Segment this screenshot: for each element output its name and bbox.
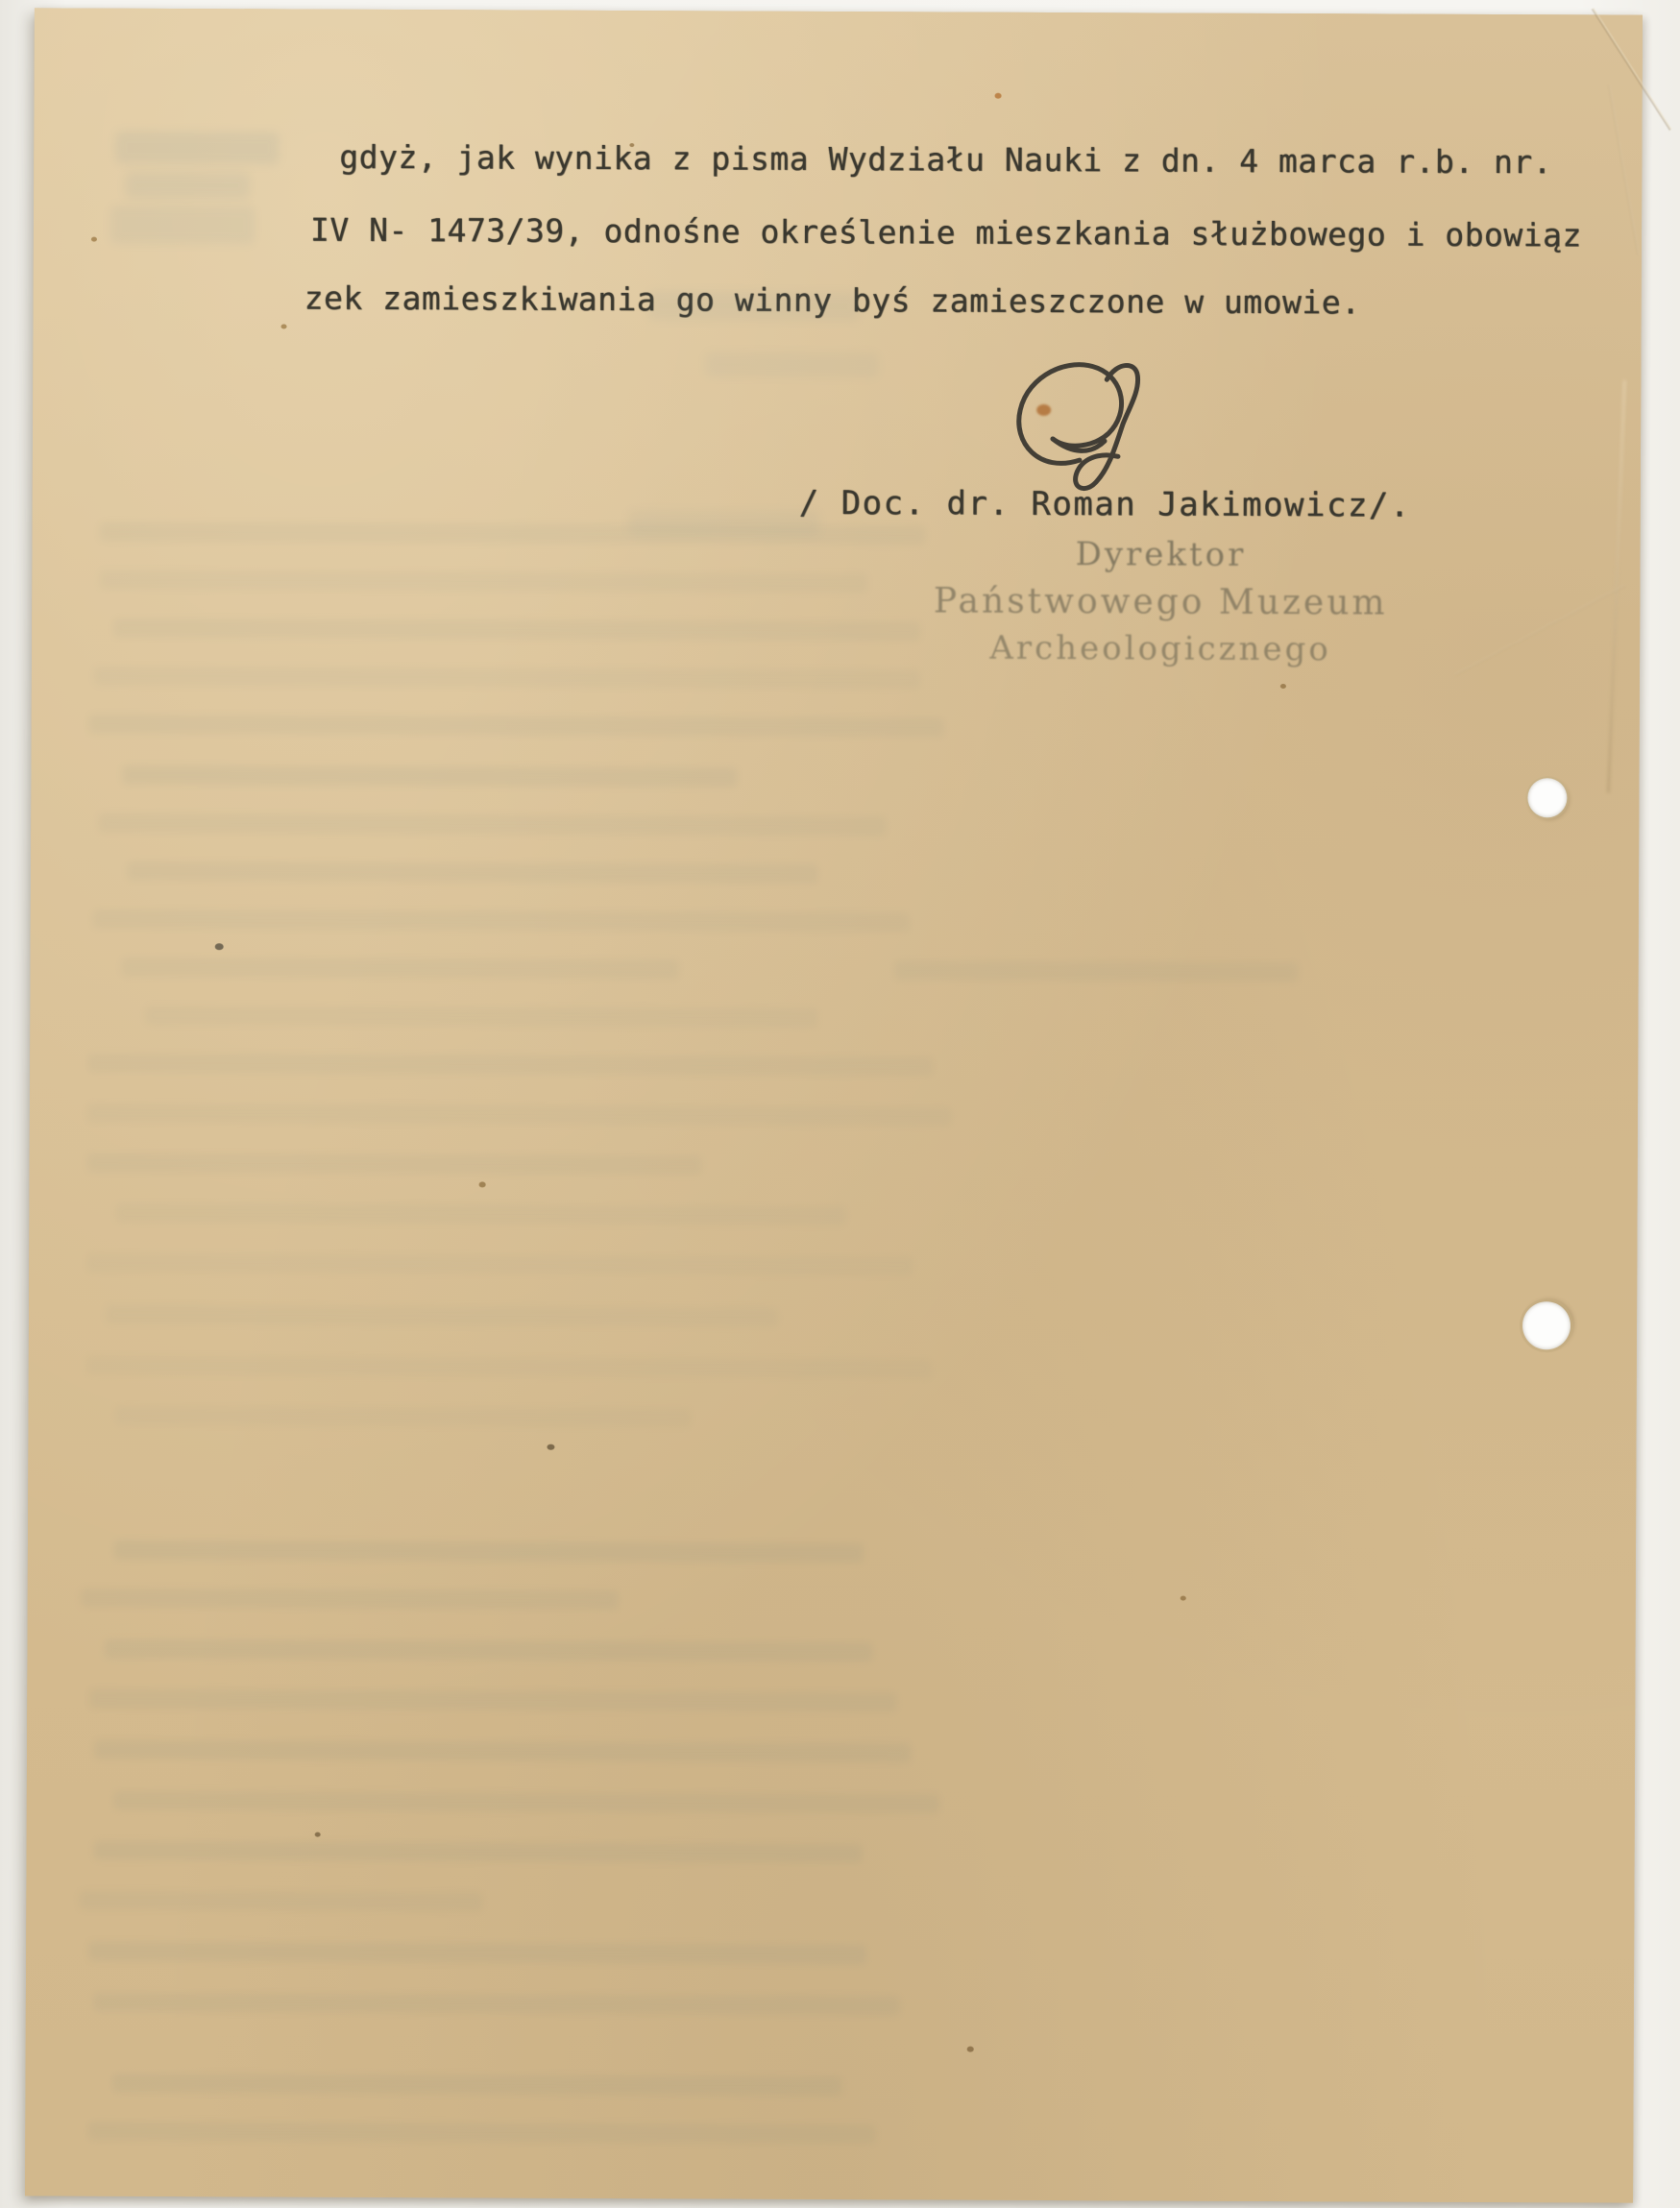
bleed-through-line bbox=[86, 1253, 913, 1276]
paper-speck bbox=[281, 324, 287, 328]
bleed-through-line bbox=[93, 1993, 900, 2016]
bleed-through-line bbox=[88, 1942, 866, 1965]
paper-speck bbox=[215, 943, 224, 950]
stamp-line-institution-2: Archeologicznego bbox=[911, 624, 1410, 673]
bleed-through-line bbox=[79, 1891, 482, 1912]
hole-punch-bottom bbox=[1522, 1301, 1570, 1349]
bleed-through-line bbox=[81, 1589, 619, 1610]
bleed-through-blob bbox=[705, 352, 878, 377]
signature-handwriting-icon bbox=[993, 347, 1177, 501]
paper-sheet: gdyż, jak wynika z pisma Wydziału Nauki … bbox=[25, 8, 1643, 2202]
bleed-through-blob bbox=[648, 291, 860, 321]
bleed-through-line bbox=[87, 1104, 952, 1127]
bleed-through-line bbox=[94, 1740, 911, 1763]
bleed-through-line bbox=[106, 1305, 778, 1327]
bleed-through-line bbox=[94, 667, 920, 690]
corner-fold-crease bbox=[1592, 8, 1672, 131]
bleed-through-blob bbox=[125, 172, 250, 200]
paper-speck-layer bbox=[35, 8, 1643, 14]
paper-speck bbox=[547, 1444, 554, 1450]
bleed-through-line bbox=[89, 1689, 896, 1712]
paper-speck bbox=[995, 93, 1002, 99]
bleed-through-line bbox=[94, 1841, 863, 1863]
scan-background: { "document": { "kind": "scanned typewri… bbox=[0, 0, 1680, 2208]
director-stamp: Dyrektor Państwowego Muzeum Archeologicz… bbox=[911, 530, 1411, 673]
bleed-through-line bbox=[895, 960, 1299, 982]
bleed-through-line bbox=[93, 910, 910, 933]
paper-speck bbox=[1036, 404, 1051, 416]
bleed-through-blob bbox=[628, 510, 820, 536]
bleed-through-line bbox=[87, 2122, 875, 2145]
bleed-through-line bbox=[113, 619, 920, 642]
bleed-through-line bbox=[104, 1639, 872, 1662]
stamp-line-title: Dyrektor bbox=[911, 530, 1410, 579]
typed-line-1: gdyż, jak wynika z pisma Wydziału Nauki … bbox=[339, 138, 1552, 182]
bleed-through-line bbox=[122, 765, 737, 788]
paper-speck bbox=[1181, 1596, 1186, 1601]
bleed-through-line bbox=[86, 1356, 932, 1379]
paper-speck bbox=[1280, 684, 1286, 689]
bleed-through-line bbox=[114, 1541, 864, 1563]
bleed-through-line bbox=[99, 570, 867, 593]
bleed-through-line bbox=[87, 1153, 702, 1176]
bleed-through-line bbox=[87, 1054, 933, 1077]
bleed-through-line bbox=[112, 2074, 842, 2096]
bleed-through-line bbox=[122, 958, 679, 980]
edge-crease bbox=[1454, 585, 1625, 676]
edge-crease bbox=[1608, 85, 1639, 255]
typed-signature-name: / Doc. dr. Roman Jakimowicz/. bbox=[799, 484, 1411, 525]
paper-speck bbox=[479, 1181, 486, 1187]
bleed-through-blob bbox=[110, 206, 255, 245]
bleed-through-blob bbox=[115, 132, 279, 165]
paper-speck bbox=[629, 143, 634, 147]
bleed-through-line bbox=[127, 861, 818, 884]
paper-speck bbox=[967, 2047, 974, 2052]
bleed-through-line bbox=[115, 1406, 692, 1428]
hole-punch-top bbox=[1527, 778, 1567, 817]
typed-line-2: IV N- 1473/39, odnośne określenie mieszk… bbox=[310, 211, 1582, 255]
bleed-through-line bbox=[113, 1791, 939, 1814]
bleed-through-line bbox=[145, 1006, 817, 1028]
bleed-through-line bbox=[115, 1203, 845, 1225]
bleed-through-layer bbox=[35, 8, 1643, 14]
stamp-line-institution: Państwowego Muzeum bbox=[911, 577, 1410, 626]
bleed-through-line bbox=[98, 813, 886, 837]
paper-speck bbox=[91, 237, 97, 242]
paper-speck bbox=[315, 1832, 321, 1837]
bleed-through-line bbox=[89, 715, 944, 738]
